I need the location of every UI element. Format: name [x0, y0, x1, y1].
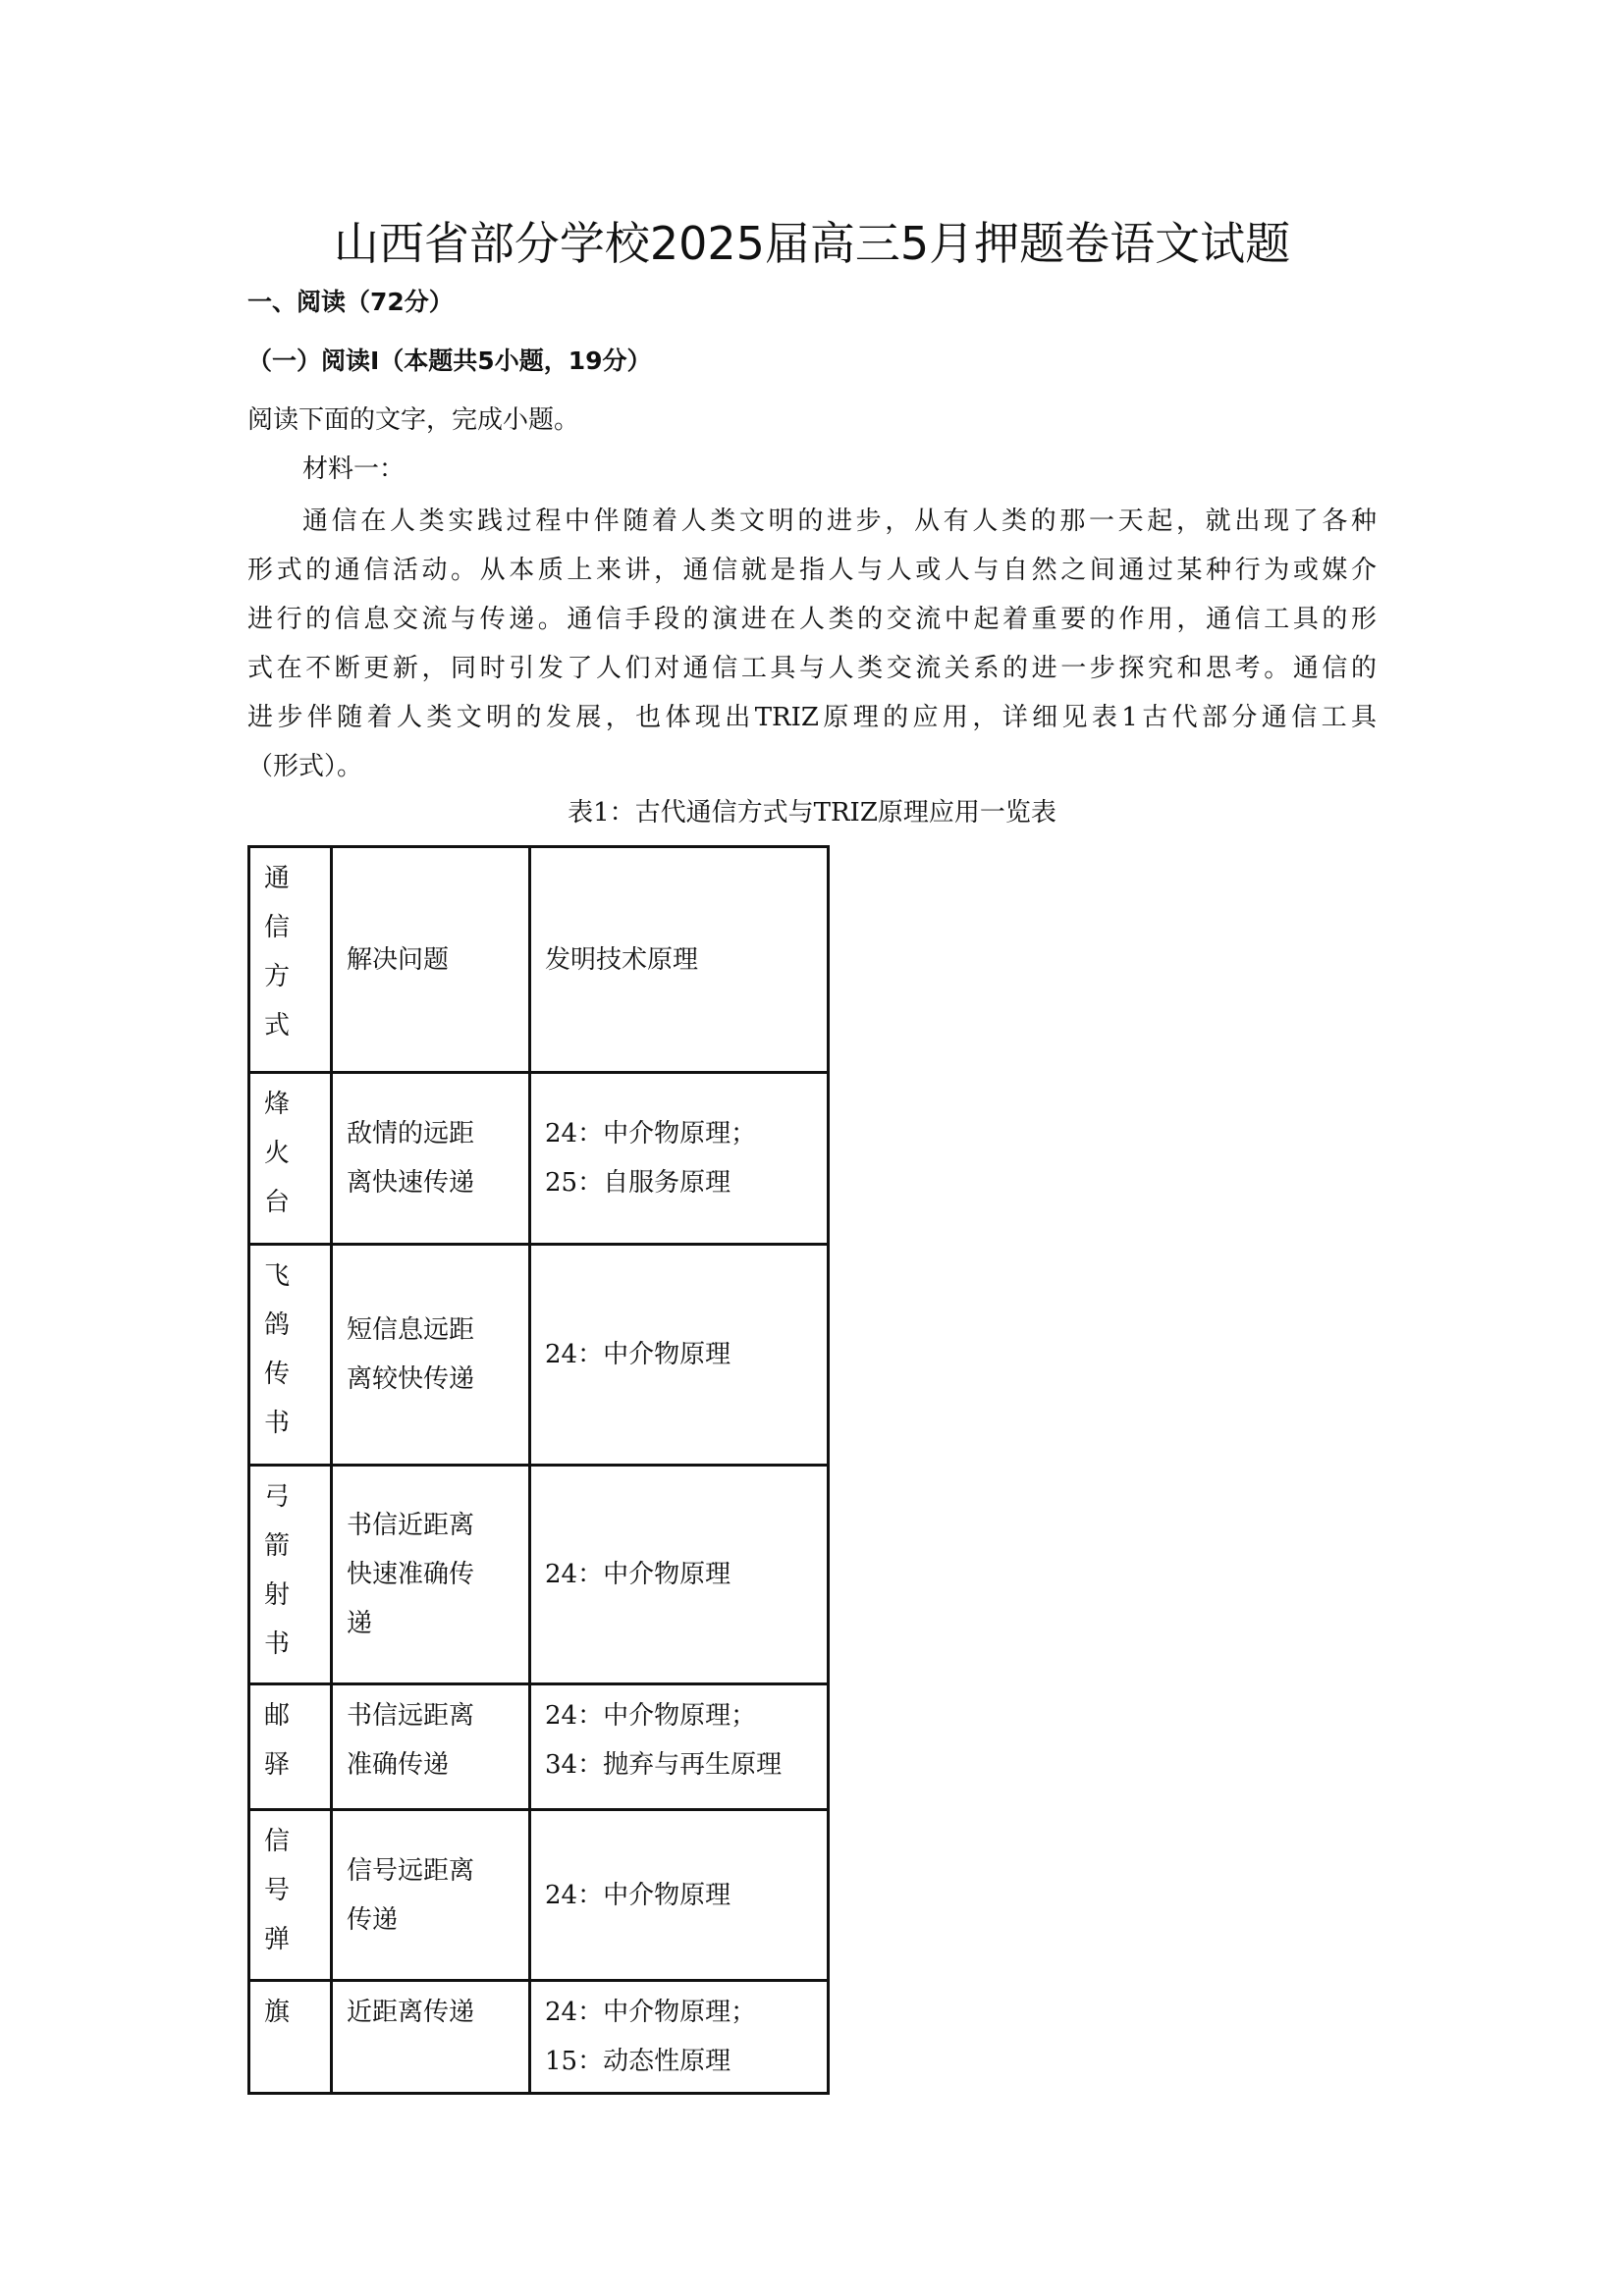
cell-principle: 24：中介物原理	[530, 1466, 829, 1684]
cell-principle: 24：中介物原理； 15：动态性原理	[530, 1981, 829, 2094]
table-header-row: 通 信 方 式 解决问题 发明技术原理	[249, 847, 829, 1073]
method-char: 火	[264, 1129, 316, 1178]
instruction-text: 阅读下面的文字，完成小题。	[247, 400, 579, 440]
subsection-heading-reading-1: （一）阅读Ⅰ（本题共5小题，19分）	[247, 344, 652, 379]
method-char: 台	[264, 1178, 316, 1227]
problem-line: 近距离传递	[347, 1988, 514, 2037]
problem-line: 准确传递	[347, 1740, 514, 1789]
problem-line: 离快速传递	[347, 1158, 514, 1207]
method-char: 书	[264, 1399, 316, 1448]
header-char: 方	[264, 952, 316, 1001]
method-char: 箭	[264, 1522, 316, 1571]
table-caption: 表1：古代通信方式与TRIZ原理应用一览表	[0, 793, 1624, 832]
problem-line: 信号远距离	[347, 1846, 514, 1896]
header-cell-method: 通 信 方 式	[249, 847, 332, 1073]
header-cell-principle: 发明技术原理	[530, 847, 829, 1073]
principle-line: 24：中介物原理；	[545, 1109, 813, 1158]
cell-problem: 短信息远距 离较快传递	[332, 1245, 530, 1466]
paragraph-line: 通信在人类实践过程中伴随着人类文明的进步，从有人类的那一天起，就出现了各种	[247, 497, 1377, 546]
method-char: 信	[264, 1817, 316, 1866]
method-char: 邮	[264, 1691, 316, 1740]
principle-line: 24：中介物原理；	[545, 1691, 813, 1740]
problem-line: 敌情的远距	[347, 1109, 514, 1158]
material-label: 材料一：	[302, 450, 405, 489]
table-row: 弓 箭 射 书 书信近距离 快速准确传 递 24：中介物原理	[249, 1466, 829, 1684]
cell-problem: 书信近距离 快速准确传 递	[332, 1466, 530, 1684]
table-row: 烽 火 台 敌情的远距 离快速传递 24：中介物原理； 25：自服务原理	[249, 1073, 829, 1245]
header-cell-problem: 解决问题	[332, 847, 530, 1073]
method-char: 射	[264, 1571, 316, 1620]
header-char: 信	[264, 903, 316, 952]
cell-principle: 24：中介物原理； 34：抛弃与再生原理	[530, 1684, 829, 1810]
problem-line: 离较快传递	[347, 1355, 514, 1404]
cell-problem: 近距离传递	[332, 1981, 530, 2094]
cell-method: 邮 驿	[249, 1684, 332, 1810]
table-row: 邮 驿 书信远距离 准确传递 24：中介物原理； 34：抛弃与再生原理	[249, 1684, 829, 1810]
table-row: 飞 鸽 传 书 短信息远距 离较快传递 24：中介物原理	[249, 1245, 829, 1466]
method-char: 旗	[264, 1988, 316, 2037]
method-char: 鸽	[264, 1301, 316, 1350]
method-char: 号	[264, 1866, 316, 1915]
paragraph-line: 式在不断更新，同时引发了人们对通信工具与人类交流关系的进一步探究和思考。通信的	[247, 644, 1377, 693]
paragraph-line: 进行的信息交流与传递。通信手段的演进在人类的交流中起着重要的作用，通信工具的形	[247, 595, 1377, 644]
method-char: 弓	[264, 1472, 316, 1522]
cell-method: 信 号 弹	[249, 1810, 332, 1981]
principle-line: 15：动态性原理	[545, 2037, 813, 2086]
material-paragraph: 通信在人类实践过程中伴随着人类文明的进步，从有人类的那一天起，就出现了各种 形式…	[247, 497, 1377, 791]
problem-line: 短信息远距	[347, 1306, 514, 1355]
principle-line: 24：中介物原理；	[545, 1988, 813, 2037]
paragraph-line: 进步伴随着人类文明的发展，也体现出TRIZ原理的应用，详细见表1古代部分通信工具	[247, 693, 1377, 742]
cell-principle: 24：中介物原理	[530, 1245, 829, 1466]
problem-line: 递	[347, 1599, 514, 1648]
cell-problem: 信号远距离 传递	[332, 1810, 530, 1981]
method-char: 传	[264, 1350, 316, 1399]
cell-method: 烽 火 台	[249, 1073, 332, 1245]
method-char: 驿	[264, 1740, 316, 1789]
principle-line: 24：中介物原理	[545, 1871, 813, 1920]
cell-principle: 24：中介物原理	[530, 1810, 829, 1981]
cell-principle: 24：中介物原理； 25：自服务原理	[530, 1073, 829, 1245]
principle-line: 24：中介物原理	[545, 1330, 813, 1379]
method-char: 飞	[264, 1252, 316, 1301]
method-char: 烽	[264, 1080, 316, 1129]
table-row: 旗 近距离传递 24：中介物原理； 15：动态性原理	[249, 1981, 829, 2094]
principle-line: 34：抛弃与再生原理	[545, 1740, 813, 1789]
header-char: 通	[264, 854, 316, 903]
cell-problem: 敌情的远距 离快速传递	[332, 1073, 530, 1245]
table-row: 信 号 弹 信号远距离 传递 24：中介物原理	[249, 1810, 829, 1981]
problem-line: 书信远距离	[347, 1691, 514, 1740]
paragraph-line: 形式的通信活动。从本质上来讲，通信就是指人与人或人与自然之间通过某种行为或媒介	[247, 546, 1377, 595]
cell-method: 弓 箭 射 书	[249, 1466, 332, 1684]
paragraph-line: （形式）。	[247, 742, 1377, 791]
cell-method: 飞 鸽 传 书	[249, 1245, 332, 1466]
method-char: 弹	[264, 1915, 316, 1964]
cell-method: 旗	[249, 1981, 332, 2094]
triz-principles-table: 通 信 方 式 解决问题 发明技术原理 烽 火 台 敌情的远距 离快速传递	[247, 845, 830, 2095]
problem-line: 快速准确传	[347, 1550, 514, 1599]
cell-problem: 书信远距离 准确传递	[332, 1684, 530, 1810]
problem-line: 书信近距离	[347, 1501, 514, 1550]
section-heading-reading: 一、阅读（72分）	[247, 285, 454, 320]
page-title: 山西省部分学校2025届高三5月押题卷语文试题	[0, 214, 1624, 273]
problem-line: 传递	[347, 1896, 514, 1945]
principle-line: 24：中介物原理	[545, 1550, 813, 1599]
principle-line: 25：自服务原理	[545, 1158, 813, 1207]
header-char: 式	[264, 1001, 316, 1050]
method-char: 书	[264, 1620, 316, 1669]
